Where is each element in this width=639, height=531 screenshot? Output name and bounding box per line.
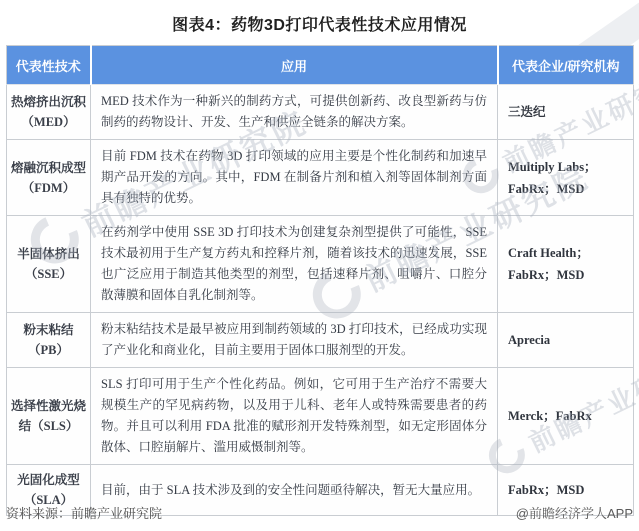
application-cell: 粉末粘结技术是最早被应用到制药领域的 3D 打印技术，已经成功实现了产业化和商业…: [91, 313, 498, 368]
tech-name-cell: 选择性激光烧结（SLS）: [7, 368, 91, 465]
companies-cell: Aprecia: [498, 313, 634, 368]
col-header-application: 应用: [91, 46, 498, 85]
table-row-fdm: 熔融沉积成型（FDM） 目前 FDM 技术在药物 3D 打印领域的应用主要是个性…: [7, 140, 634, 216]
col-header-companies: 代表企业/研究机构: [498, 46, 634, 85]
application-cell: MED 技术作为一种新兴的制药方式，可提供创新药、改良型新药与仿制药的药物设计、…: [91, 85, 498, 140]
col-header-tech: 代表性技术: [7, 46, 91, 85]
application-cell: 目前 FDM 技术在药物 3D 打印领域的应用主要是个性化制药和加速早期产品开发…: [91, 140, 498, 216]
figure-footer: 资料来源：前瞻产业研究院 @前瞻经济学人APP: [6, 503, 633, 522]
source-note: 资料来源：前瞻产业研究院: [6, 503, 162, 522]
page-title: 图表4：药物3D打印代表性技术应用情况: [0, 0, 639, 35]
figure-page: 图表4：药物3D打印代表性技术应用情况 代表性技术 应用 代表企业/研究机构 热…: [0, 0, 639, 531]
companies-cell: Merck；FabRx: [498, 368, 634, 465]
companies-cell: Craft Health；FabRx；MSD: [498, 216, 634, 313]
tech-application-table: 代表性技术 应用 代表企业/研究机构 热熔挤出沉积（MED） MED 技术作为一…: [6, 45, 634, 516]
tech-name-cell: 半固体挤出（SSE）: [7, 216, 91, 313]
app-credit: @前瞻经济学人APP: [516, 503, 633, 522]
table-row-pb: 粉末粘结（PB） 粉末粘结技术是最早被应用到制药领域的 3D 打印技术，已经成功…: [7, 313, 634, 368]
companies-cell: Multiply Labs；FabRx；MSD: [498, 140, 634, 216]
tech-name-cell: 粉末粘结（PB）: [7, 313, 91, 368]
application-cell: SLS 打印可用于生产个性化药品。例如，它可用于生产治疗不需要大规模生产的罕见病…: [91, 368, 498, 465]
table-row-sls: 选择性激光烧结（SLS） SLS 打印可用于生产个性化药品。例如，它可用于生产治…: [7, 368, 634, 465]
tech-name-cell: 熔融沉积成型（FDM）: [7, 140, 91, 216]
table-row-med: 热熔挤出沉积（MED） MED 技术作为一种新兴的制药方式，可提供创新药、改良型…: [7, 85, 634, 140]
table-header: 代表性技术 应用 代表企业/研究机构: [7, 46, 634, 85]
tech-name-cell: 热熔挤出沉积（MED）: [7, 85, 91, 140]
table-row-sse: 半固体挤出（SSE） 在药剂学中使用 SSE 3D 打印技术为创建复杂剂型提供了…: [7, 216, 634, 313]
application-cell: 在药剂学中使用 SSE 3D 打印技术为创建复杂剂型提供了可能性，SSE 技术最…: [91, 216, 498, 313]
companies-cell: 三迭纪: [498, 85, 634, 140]
